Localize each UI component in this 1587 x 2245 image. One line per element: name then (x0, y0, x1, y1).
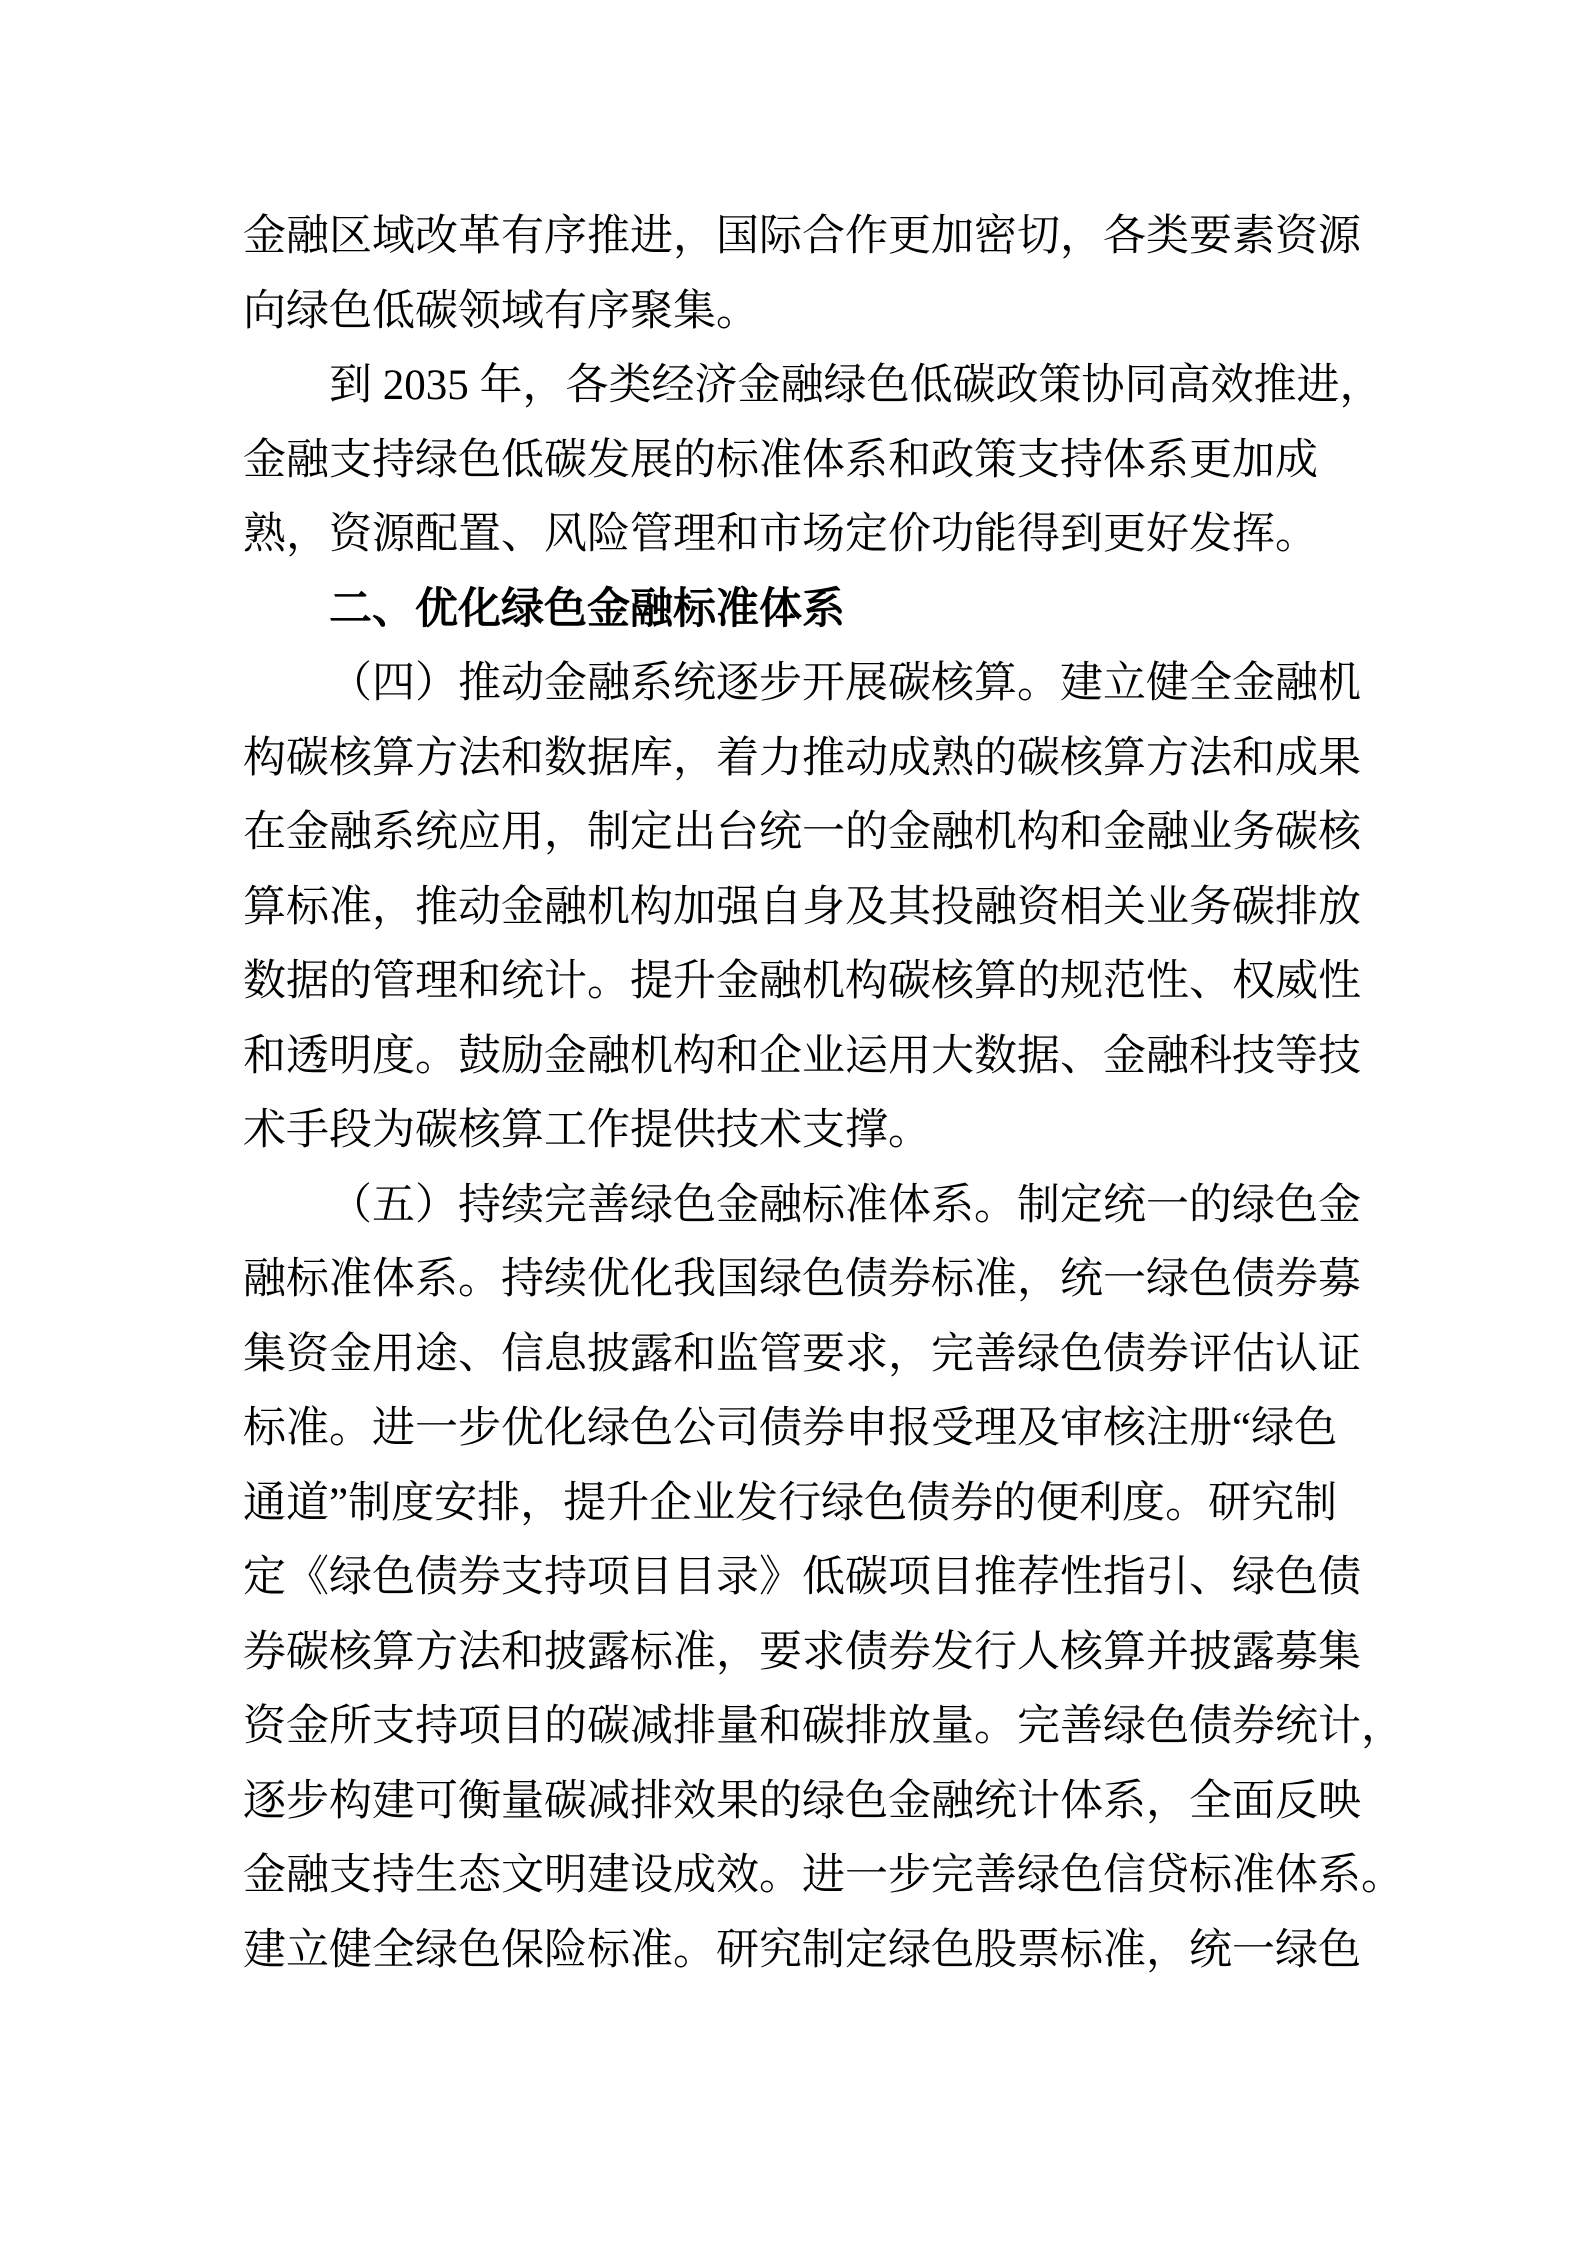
text-line: 建立健全绿色保险标准。研究制定绿色股票标准，统一绿色 (243, 1914, 1403, 1989)
text-line: 向绿色低碳领域有序聚集。 (243, 275, 1403, 350)
paragraph-item-5: （五）持续完善绿色金融标准体系。制定统一的绿色金 融标准体系。持续优化我国绿色债… (243, 1169, 1403, 1989)
text-line: 金融支持生态文明建设成效。进一步完善绿色信贷标准体系。 (243, 1839, 1403, 1914)
text-line: 在金融系统应用，制定出台统一的金融机构和金融业务碳核 (243, 796, 1403, 871)
text-line: 金融区域改革有序推进，国际合作更加密切，各类要素资源 (243, 200, 1403, 275)
text-line: 券碳核算方法和披露标准，要求债券发行人核算并披露募集 (243, 1616, 1403, 1691)
document-page: 金融区域改革有序推进，国际合作更加密切，各类要素资源 向绿色低碳领域有序聚集。 … (0, 0, 1587, 2245)
text-line: 集资金用途、信息披露和监管要求，完善绿色债券评估认证 (243, 1318, 1403, 1393)
paragraph-2035-goals: 到 2035 年，各类经济金融绿色低碳政策协同高效推进， 金融支持绿色低碳发展的… (243, 349, 1403, 573)
text-line: 融标准体系。持续优化我国绿色债券标准，统一绿色债券募 (243, 1243, 1403, 1318)
text-line: 算标准，推动金融机构加强自身及其投融资相关业务碳排放 (243, 871, 1403, 946)
text-line: 金融支持绿色低碳发展的标准体系和政策支持体系更加成 (243, 424, 1403, 499)
text-line: 数据的管理和统计。提升金融机构碳核算的规范性、权威性 (243, 945, 1403, 1020)
paragraph-continuation: 金融区域改革有序推进，国际合作更加密切，各类要素资源 向绿色低碳领域有序聚集。 (243, 200, 1403, 349)
text-line: 构碳核算方法和数据库，着力推动成熟的碳核算方法和成果 (243, 722, 1403, 797)
text-line: （四）推动金融系统逐步开展碳核算。建立健全金融机 (243, 647, 1403, 722)
text-line: （五）持续完善绿色金融标准体系。制定统一的绿色金 (243, 1169, 1403, 1244)
text-line: 熟，资源配置、风险管理和市场定价功能得到更好发挥。 (243, 498, 1403, 573)
text-line: 定《绿色债券支持项目目录》低碳项目推荐性指引、绿色债 (243, 1541, 1403, 1616)
document-text: 金融区域改革有序推进，国际合作更加密切，各类要素资源 向绿色低碳领域有序聚集。 … (243, 200, 1403, 1988)
text-line: 资金所支持项目的碳减排量和碳排放量。完善绿色债券统计， (243, 1690, 1403, 1765)
paragraph-item-4: （四）推动金融系统逐步开展碳核算。建立健全金融机 构碳核算方法和数据库，着力推动… (243, 647, 1403, 1169)
text-line: 标准。进一步优化绿色公司债券申报受理及审核注册“绿色 (243, 1392, 1403, 1467)
text-line: 到 2035 年，各类经济金融绿色低碳政策协同高效推进， (243, 349, 1403, 424)
text-line: 逐步构建可衡量碳减排效果的绿色金融统计体系，全面反映 (243, 1765, 1403, 1840)
text-line: 通道”制度安排，提升企业发行绿色债券的便利度。研究制 (243, 1467, 1403, 1542)
text-line: 术手段为碳核算工作提供技术支撑。 (243, 1094, 1403, 1169)
section-heading: 二、优化绿色金融标准体系 (243, 573, 1403, 648)
section-heading-2: 二、优化绿色金融标准体系 (243, 573, 1403, 648)
text-line: 和透明度。鼓励金融机构和企业运用大数据、金融科技等技 (243, 1020, 1403, 1095)
